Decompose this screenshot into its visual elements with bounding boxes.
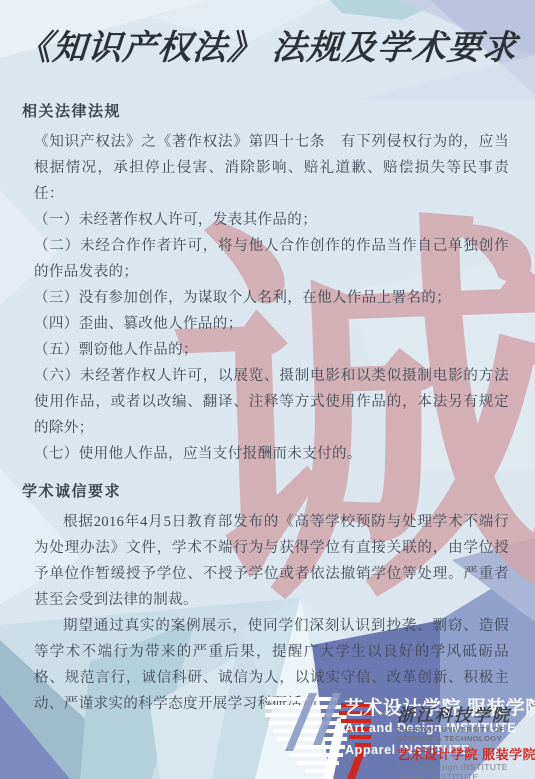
law-intro: 《知识产权法》之《著作权法》第四十七条 有下列侵权行为的，应当根据情况，承担停止…: [34, 129, 509, 207]
integrity-section-body: 根据2016年4月5日教育部发布的《高等学校预防与处理学术不端行为处理办法》文件…: [34, 509, 509, 717]
page-title: 《知识产权法》 法规及学术要求: [0, 20, 535, 69]
law-item: （五）剽窃他人作品的；: [34, 337, 509, 363]
integrity-paragraph: 根据2016年4月5日教育部发布的《高等学校预防与处理学术不端行为处理办法》文件…: [34, 509, 509, 613]
poster-page: 诚 《知识产权法》 法规及学术要求 相关法律法规 《知识产权法》之《著作权法》第…: [0, 0, 535, 779]
integrity-paragraph: 期望通过真实的案例展示，使同学们深刻认识到抄袭、剽窃、造假等学术不端行为带来的严…: [34, 613, 509, 717]
law-item: （一）未经著作权人许可，发表其作品的；: [34, 207, 509, 233]
content-area: 相关法律法规 《知识产权法》之《著作权法》第四十七条 有下列侵权行为的，应当根据…: [0, 100, 535, 717]
law-section-heading: 相关法律法规: [22, 100, 535, 121]
integrity-section-heading: 学术诚信要求: [22, 480, 535, 501]
law-item: （二）未经合作作者许可，将与他人合作创作的作品当作自己单独创作的作品发表的；: [34, 233, 509, 285]
law-item: （四）歪曲、篡改他人作品的；: [34, 311, 509, 337]
law-item: （七）使用他人作品，应当支付报酬而未支付的。: [34, 441, 509, 467]
law-section-body: 《知识产权法》之《著作权法》第四十七条 有下列侵权行为的，应当根据情况，承担停止…: [34, 129, 509, 467]
law-item: （六）未经著作权人许可，以展览、摄制电影和以类似摄制电影的方法使用作品，或者以改…: [34, 363, 509, 441]
law-item: （三）没有参加创作，为谋取个人名利，在他人作品上署名的；: [34, 285, 509, 311]
